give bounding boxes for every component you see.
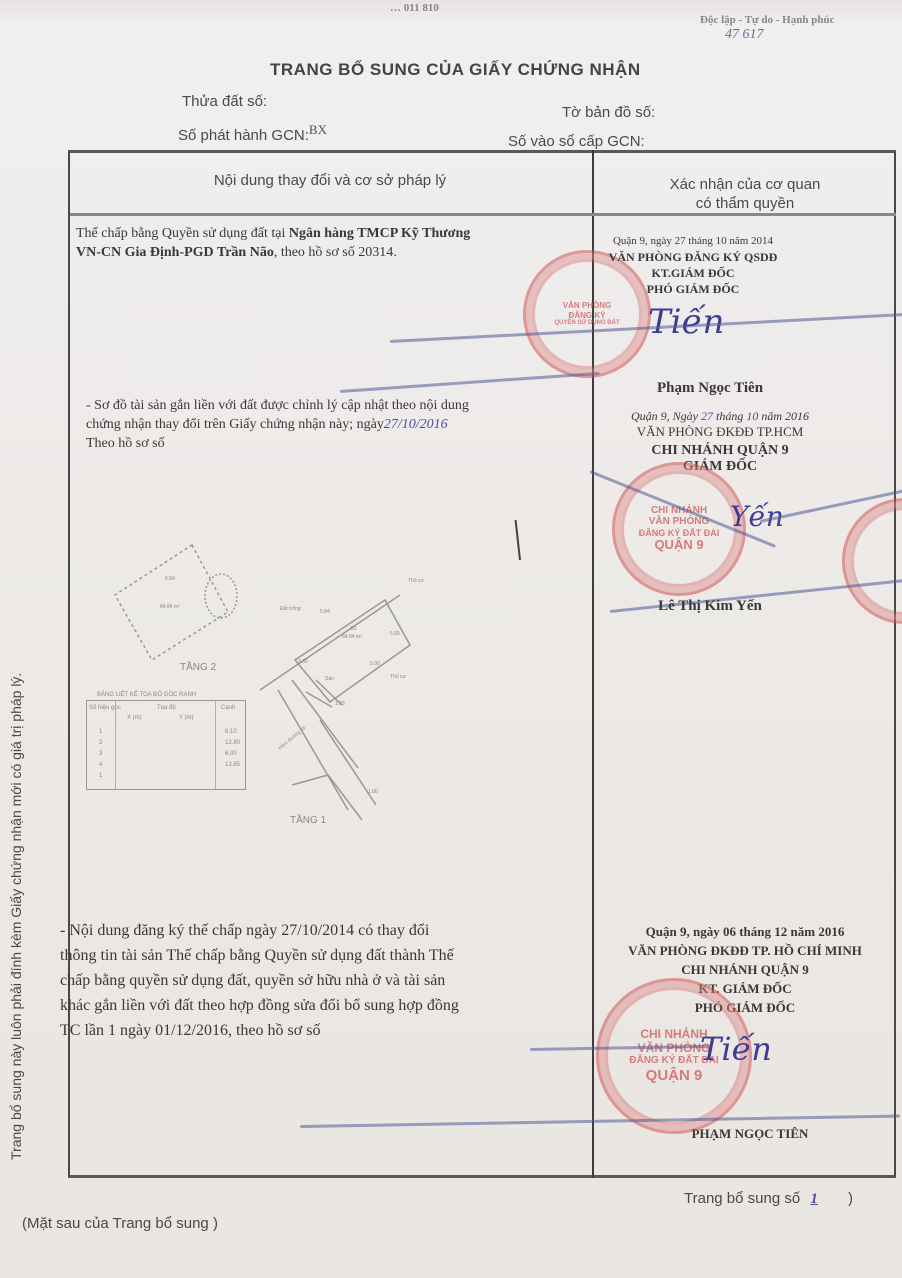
so-phat-hanh-field: Số phát hành GCN:BX	[178, 122, 327, 144]
entry-1-confirm-role: PHÓ GIÁM ĐỐC	[588, 281, 798, 297]
coord-row-id: 1	[99, 773, 102, 779]
so-vao-so-label: Số vào sổ cấp GCN:	[508, 133, 645, 150]
header-row-divider	[70, 213, 896, 216]
column-header-confirm-line2: có thẩm quyền	[600, 195, 890, 212]
neighbor-label-bottom: Thổ cư	[390, 673, 407, 680]
entry-2-confirm-date: Quận 9, Ngày 27 tháng 10 năm 2016	[598, 408, 842, 424]
floor2-area: 84.84 m²	[160, 604, 180, 610]
entry-3-line: chấp bằng quyền sử dụng đất, quyền sở hữ…	[60, 968, 600, 993]
stamp-2-line: QUẬN 9	[615, 538, 743, 553]
coord-row-edge: 6.00	[225, 751, 237, 757]
coord-table-subheader: X (m)	[127, 715, 142, 721]
so-phat-hanh-label: Số phát hành GCN:	[178, 127, 309, 144]
entry-1-branch: VN-CN Gia Định-PGD Trần Não	[76, 245, 274, 260]
stamp-1-line: QUYỀN SỬ DỤNG ĐẤT	[526, 320, 648, 327]
entry-2-line: - Sơ đồ tài sản gắn liền với đất được ch…	[86, 396, 596, 415]
dimension-label: 1.00	[368, 789, 378, 795]
coord-row-id: 3	[99, 751, 102, 757]
column-header-content: Nội dung thay đổi và cơ sở pháp lý	[150, 172, 510, 189]
top-ghost-text-right: Độc lập - Tự do - Hạnh phúc	[700, 14, 834, 26]
dimension-label: 5.84	[165, 576, 175, 582]
entry-2-line: Theo hồ sơ số	[86, 434, 596, 453]
official-stamp-2: CHI NHÁNH VĂN PHÒNG ĐĂNG KÝ ĐẤT ĐAI QUẬN…	[612, 462, 746, 596]
to-ban-do-label: Tờ bản đồ số:	[562, 104, 655, 121]
handwritten-month: 10	[746, 409, 758, 423]
top-handwritten-number: 47 617	[725, 27, 764, 43]
entry-2-handwritten-date: 27/10/2016	[384, 417, 448, 432]
street-label: Hẻm đường số	[277, 725, 307, 751]
top-ghost-text-left: … 011 810	[390, 2, 439, 14]
coord-row-id: 4	[99, 762, 102, 768]
entry-1-signer: Phạm Ngọc Tiên	[600, 380, 820, 396]
coord-row-edge: 13.85	[225, 762, 240, 768]
dimension-label: 1.85	[335, 701, 345, 707]
entry-2-confirm-branch: CHI NHÁNH QUẬN 9	[598, 443, 842, 459]
entry-3-confirm-office: VĂN PHÒNG ĐKĐĐ TP. HỒ CHÍ MINH	[600, 941, 890, 960]
floor-plan-diagram: TẦNG 2 TẦNG 1 84.84 m² G1 84.84 m² Đất t…	[80, 520, 590, 850]
dimension-label: 5.84	[320, 609, 330, 615]
coord-row-id: 1	[99, 729, 102, 735]
month-label: tháng	[716, 409, 743, 423]
floor2-stair	[205, 574, 237, 618]
entry-3-confirm-date: Quận 9, ngày 06 tháng 12 năm 2016	[600, 922, 890, 941]
coord-row-edge: 6.10	[225, 729, 237, 735]
dimension-label: 5.05	[390, 631, 400, 637]
stamp-1-line: VĂN PHÒNG	[526, 301, 648, 310]
coord-table-header: Cạnh	[221, 705, 235, 711]
coord-table-title: BẢNG LIỆT KÊ TỌA ĐỘ GÓC RANH	[97, 692, 196, 698]
handwritten-day: 27	[701, 409, 713, 423]
page-number-text: Trang bổ sung số	[684, 1190, 800, 1207]
dimension-label: 3.60	[298, 659, 308, 665]
common-land-label: Đất trống	[280, 606, 301, 612]
entry-3-confirm-branch: CHI NHÁNH QUẬN 9	[600, 960, 890, 979]
entry-3-line: - Nội dung đăng ký thế chấp ngày 27/10/2…	[60, 918, 600, 943]
parcel-id: G1	[350, 626, 357, 632]
page-number-close: )	[848, 1190, 853, 1207]
page-number-value: 1	[810, 1191, 818, 1207]
entry-1-confirmation: Quận 9, ngày 27 tháng 10 năm 2014 VĂN PH…	[588, 233, 798, 297]
entry-2-content: - Sơ đồ tài sản gắn liền với đất được ch…	[86, 396, 596, 453]
floor1-label: TẦNG 1	[290, 813, 327, 826]
entry-2-confirm-role: GIÁM ĐỐC	[598, 459, 842, 475]
entry-1-bank: Ngân hàng TMCP Kỹ Thương	[289, 226, 470, 241]
entry-2-signer: Lê Thị Kim Yến	[600, 598, 820, 614]
entry-1-confirm-date: Quận 9, ngày 27 tháng 10 năm 2014	[588, 233, 798, 249]
column-header-confirm-line1: Xác nhận của cơ quan	[600, 176, 890, 193]
entry-1-file-ref: , theo hồ sơ số 20314.	[274, 245, 397, 260]
page-number-label: Trang bổ sung số 1 )	[684, 1190, 853, 1208]
entry-2-confirm-office: VĂN PHÒNG ĐKĐĐ TP.HCM	[598, 424, 842, 440]
date-prefix: Quận 9, Ngày	[631, 409, 698, 423]
room-label: Sân	[325, 676, 334, 682]
thua-dat-label: Thửa đất số:	[182, 93, 267, 110]
coord-table-header: Tọa độ	[157, 705, 176, 711]
neighbor-label-top: Thổ cư	[408, 577, 425, 584]
floor2-outline	[115, 545, 228, 660]
year-label: năm 2016	[761, 409, 809, 423]
entry-1-signer-name: Phạm Ngọc Tiên	[600, 380, 820, 396]
signature-1: Tiến	[648, 302, 724, 342]
document-page: … 011 810 Độc lập - Tự do - Hạnh phúc 47…	[0, 0, 902, 1278]
entry-1-confirm-kt: KT.GIÁM ĐỐC	[588, 265, 798, 281]
dimension-label: 5.00	[370, 661, 380, 667]
coord-row-edge: 12.80	[225, 740, 240, 746]
entry-3-line: khác gắn liền với đất theo hợp đồng sửa …	[60, 993, 600, 1018]
entry-3-line: thông tin tài sản Thế chấp bằng Quyền sử…	[60, 943, 600, 968]
entry-2-signer-name: Lê Thị Kim Yến	[600, 598, 820, 614]
north-arrow	[515, 520, 520, 560]
stamp-1-line: ĐĂNG KÝ	[526, 311, 648, 320]
entry-3-signer-name: PHẠM NGỌC TIÊN	[660, 1126, 840, 1142]
entry-2-confirmation: Quận 9, Ngày 27 tháng 10 năm 2016 VĂN PH…	[598, 408, 842, 475]
entry-3-content: - Nội dung đăng ký thế chấp ngày 27/10/2…	[60, 918, 600, 1043]
signature-3: Tiến	[700, 1030, 772, 1068]
floor1-area: 84.84 m²	[342, 634, 362, 640]
entry-2-line: chứng nhận thay đổi trên Giấy chứng nhận…	[86, 417, 384, 432]
stamp-3-line: QUẬN 9	[599, 1067, 749, 1084]
floor2-label: TẦNG 2	[180, 660, 217, 673]
coord-table-subheader: Y (m)	[179, 715, 194, 721]
page-title: TRANG BỔ SUNG CỦA GIẤY CHỨNG NHẬN	[270, 60, 641, 80]
floor1-outline	[295, 600, 410, 702]
entry-3-signer: PHẠM NGỌC TIÊN	[660, 1126, 840, 1142]
coordinate-table: BẢNG LIỆT KÊ TỌA ĐỘ GÓC RANH Số hiệu góc…	[86, 700, 246, 790]
entry-1-content: Thế chấp bằng Quyền sử dụng đất tại Ngân…	[76, 224, 596, 262]
column-header-confirm: Xác nhận của cơ quan có thẩm quyền	[600, 176, 890, 212]
attachment-notice: Trang bổ sung này luôn phải đính kèm Giấ…	[8, 673, 24, 1160]
entry-1-text: Thế chấp bằng Quyền sử dụng đất tại	[76, 226, 289, 241]
entry-1-confirm-office: VĂN PHÒNG ĐĂNG KÝ QSDĐ	[588, 249, 798, 265]
coord-row-id: 2	[99, 740, 102, 746]
so-phat-hanh-value: BX	[309, 122, 327, 137]
back-side-note: (Mặt sau của Trang bổ sung )	[22, 1215, 218, 1232]
entry-3-line: TC lần 1 ngày 01/12/2016, theo hồ sơ số	[60, 1018, 600, 1043]
